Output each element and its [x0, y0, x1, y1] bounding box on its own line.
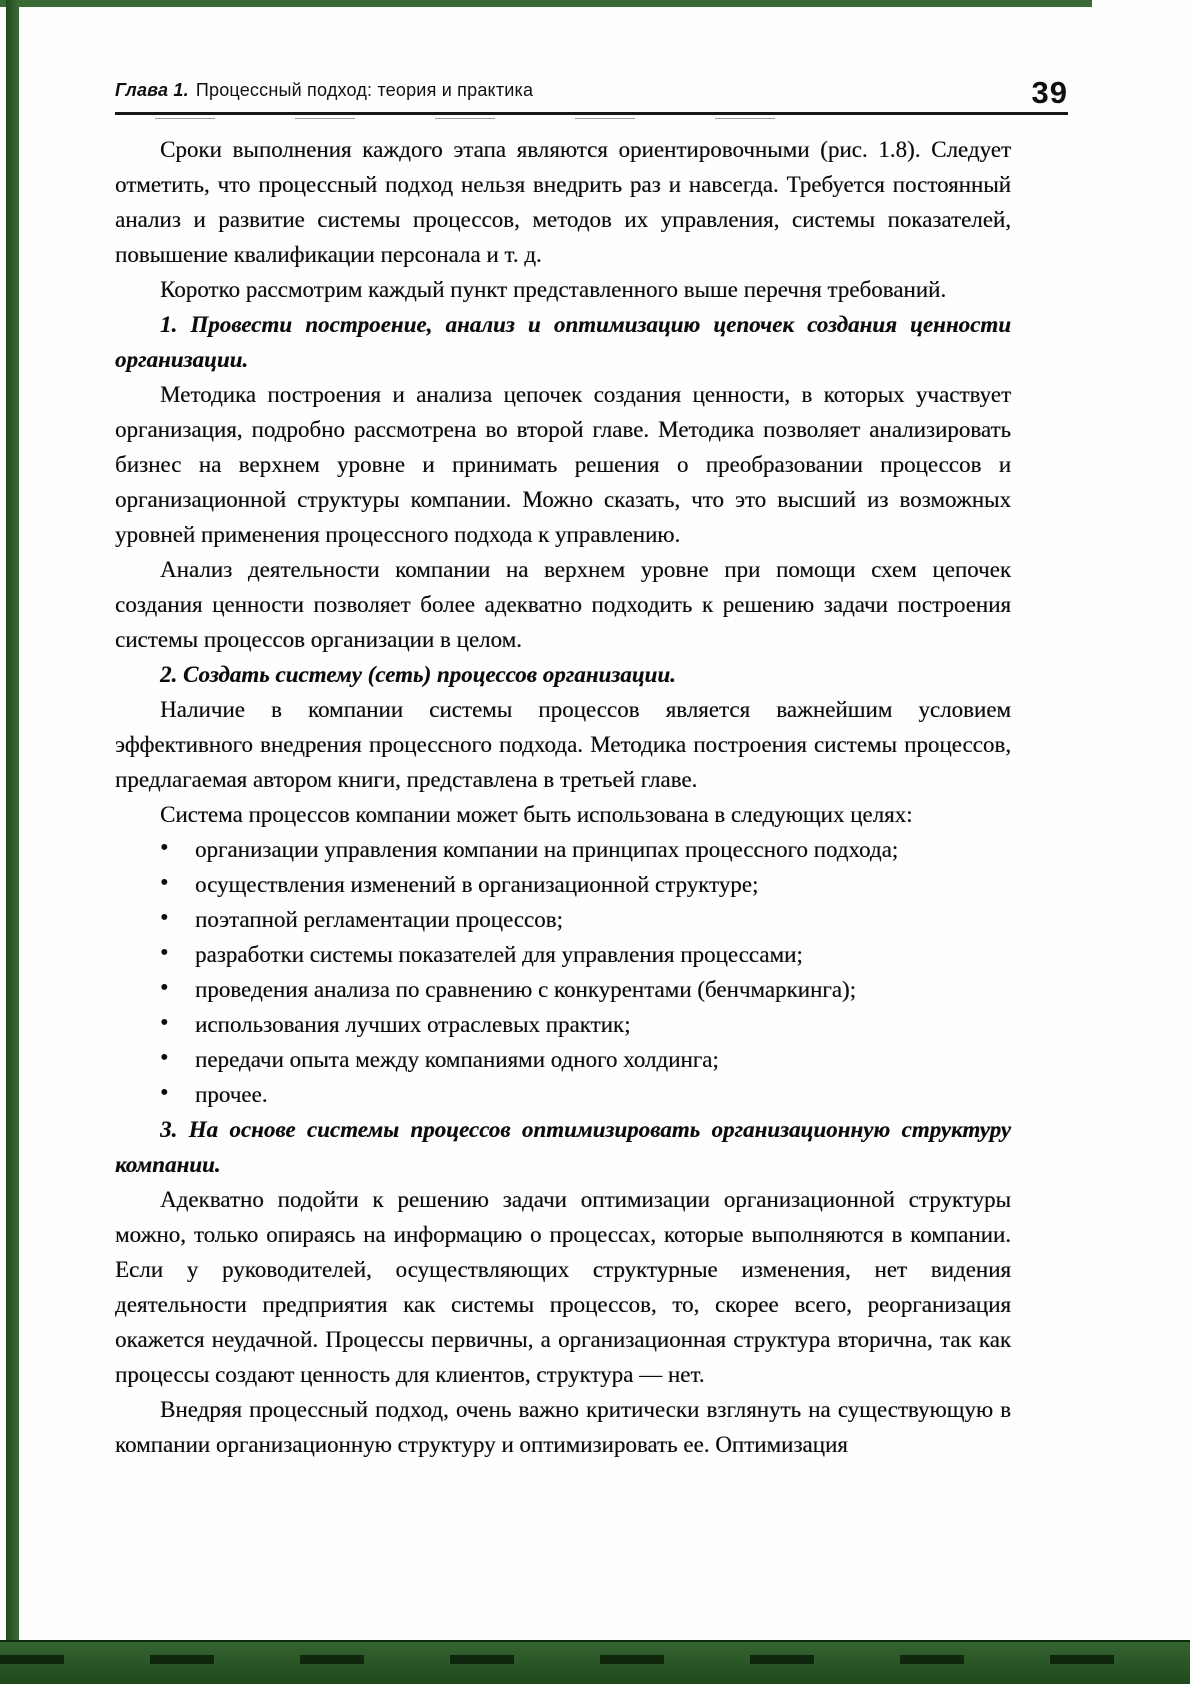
chapter-title: Процессный подход: теория и практика: [196, 80, 533, 100]
paragraph: Коротко рассмотрим каждый пункт представ…: [115, 272, 1011, 307]
header-rule: [115, 112, 1068, 115]
list-item: •поэтапной регламентации процессов;: [115, 902, 1011, 937]
numbered-heading: 1. Провести построение, анализ и оптимиз…: [115, 307, 1011, 377]
list-item: •прочее.: [115, 1077, 1011, 1112]
paragraph: Анализ деятельности компании на верхнем …: [115, 552, 1011, 657]
scan-edge-left: [6, 0, 19, 1684]
running-header: Глава 1.Процессный подход: теория и прак…: [115, 80, 1068, 106]
list-item-text: поэтапной регламентации процессов;: [195, 907, 563, 932]
scan-edge-bottom: [0, 1640, 1190, 1684]
bullet-icon: •: [160, 936, 168, 971]
paragraph: Наличие в компании системы процессов явл…: [115, 692, 1011, 797]
list-item: •проведения анализа по сравнению с конку…: [115, 972, 1011, 1007]
paragraph: Сроки выполнения каждого этапа являются …: [115, 132, 1011, 272]
list-item: •использования лучших отраслевых практик…: [115, 1007, 1011, 1042]
bullet-icon: •: [160, 901, 168, 936]
list-item: •осуществления изменений в организационн…: [115, 867, 1011, 902]
list-item-text: прочее.: [195, 1082, 267, 1107]
page-number: 39: [1032, 80, 1068, 106]
bullet-icon: •: [160, 831, 168, 866]
bullet-icon: •: [160, 971, 168, 1006]
list-item-text: осуществления изменений в организационно…: [195, 872, 758, 897]
bullet-list: •организации управления компании на прин…: [115, 832, 1011, 1112]
list-item-text: передачи опыта между компаниями одного х…: [195, 1047, 719, 1072]
paragraph: Адекватно подойти к решению задачи оптим…: [115, 1182, 1011, 1392]
list-item-text: использования лучших отраслевых практик;: [195, 1012, 630, 1037]
bullet-icon: •: [160, 1041, 168, 1076]
page-body-text: Сроки выполнения каждого этапа являются …: [115, 132, 1011, 1462]
list-item: •организации управления компании на прин…: [115, 832, 1011, 867]
running-header-text: Глава 1.Процессный подход: теория и прак…: [115, 80, 533, 106]
list-item-text: проведения анализа по сравнению с конкур…: [195, 977, 856, 1002]
list-item-text: организации управления компании на принц…: [195, 837, 898, 862]
list-item: •передачи опыта между компаниями одного …: [115, 1042, 1011, 1077]
numbered-heading: 2. Создать систему (сеть) процессов орга…: [115, 657, 1011, 692]
numbered-heading: 3. На основе системы процессов оптимизир…: [115, 1112, 1011, 1182]
paragraph: Методика построения и анализа цепочек со…: [115, 377, 1011, 552]
bullet-icon: •: [160, 1006, 168, 1041]
list-item: •разработки системы показателей для упра…: [115, 937, 1011, 972]
chapter-label: Глава 1.: [115, 80, 189, 100]
book-page-scan: Глава 1.Процессный подход: теория и прак…: [0, 0, 1190, 1684]
bullet-icon: •: [160, 866, 168, 901]
scan-edge-top: [0, 0, 1092, 7]
bullet-icon: •: [160, 1076, 168, 1111]
paragraph: Система процессов компании может быть ис…: [115, 797, 1011, 832]
paragraph: Внедряя процессный подход, очень важно к…: [115, 1392, 1011, 1462]
list-item-text: разработки системы показателей для управ…: [195, 942, 803, 967]
